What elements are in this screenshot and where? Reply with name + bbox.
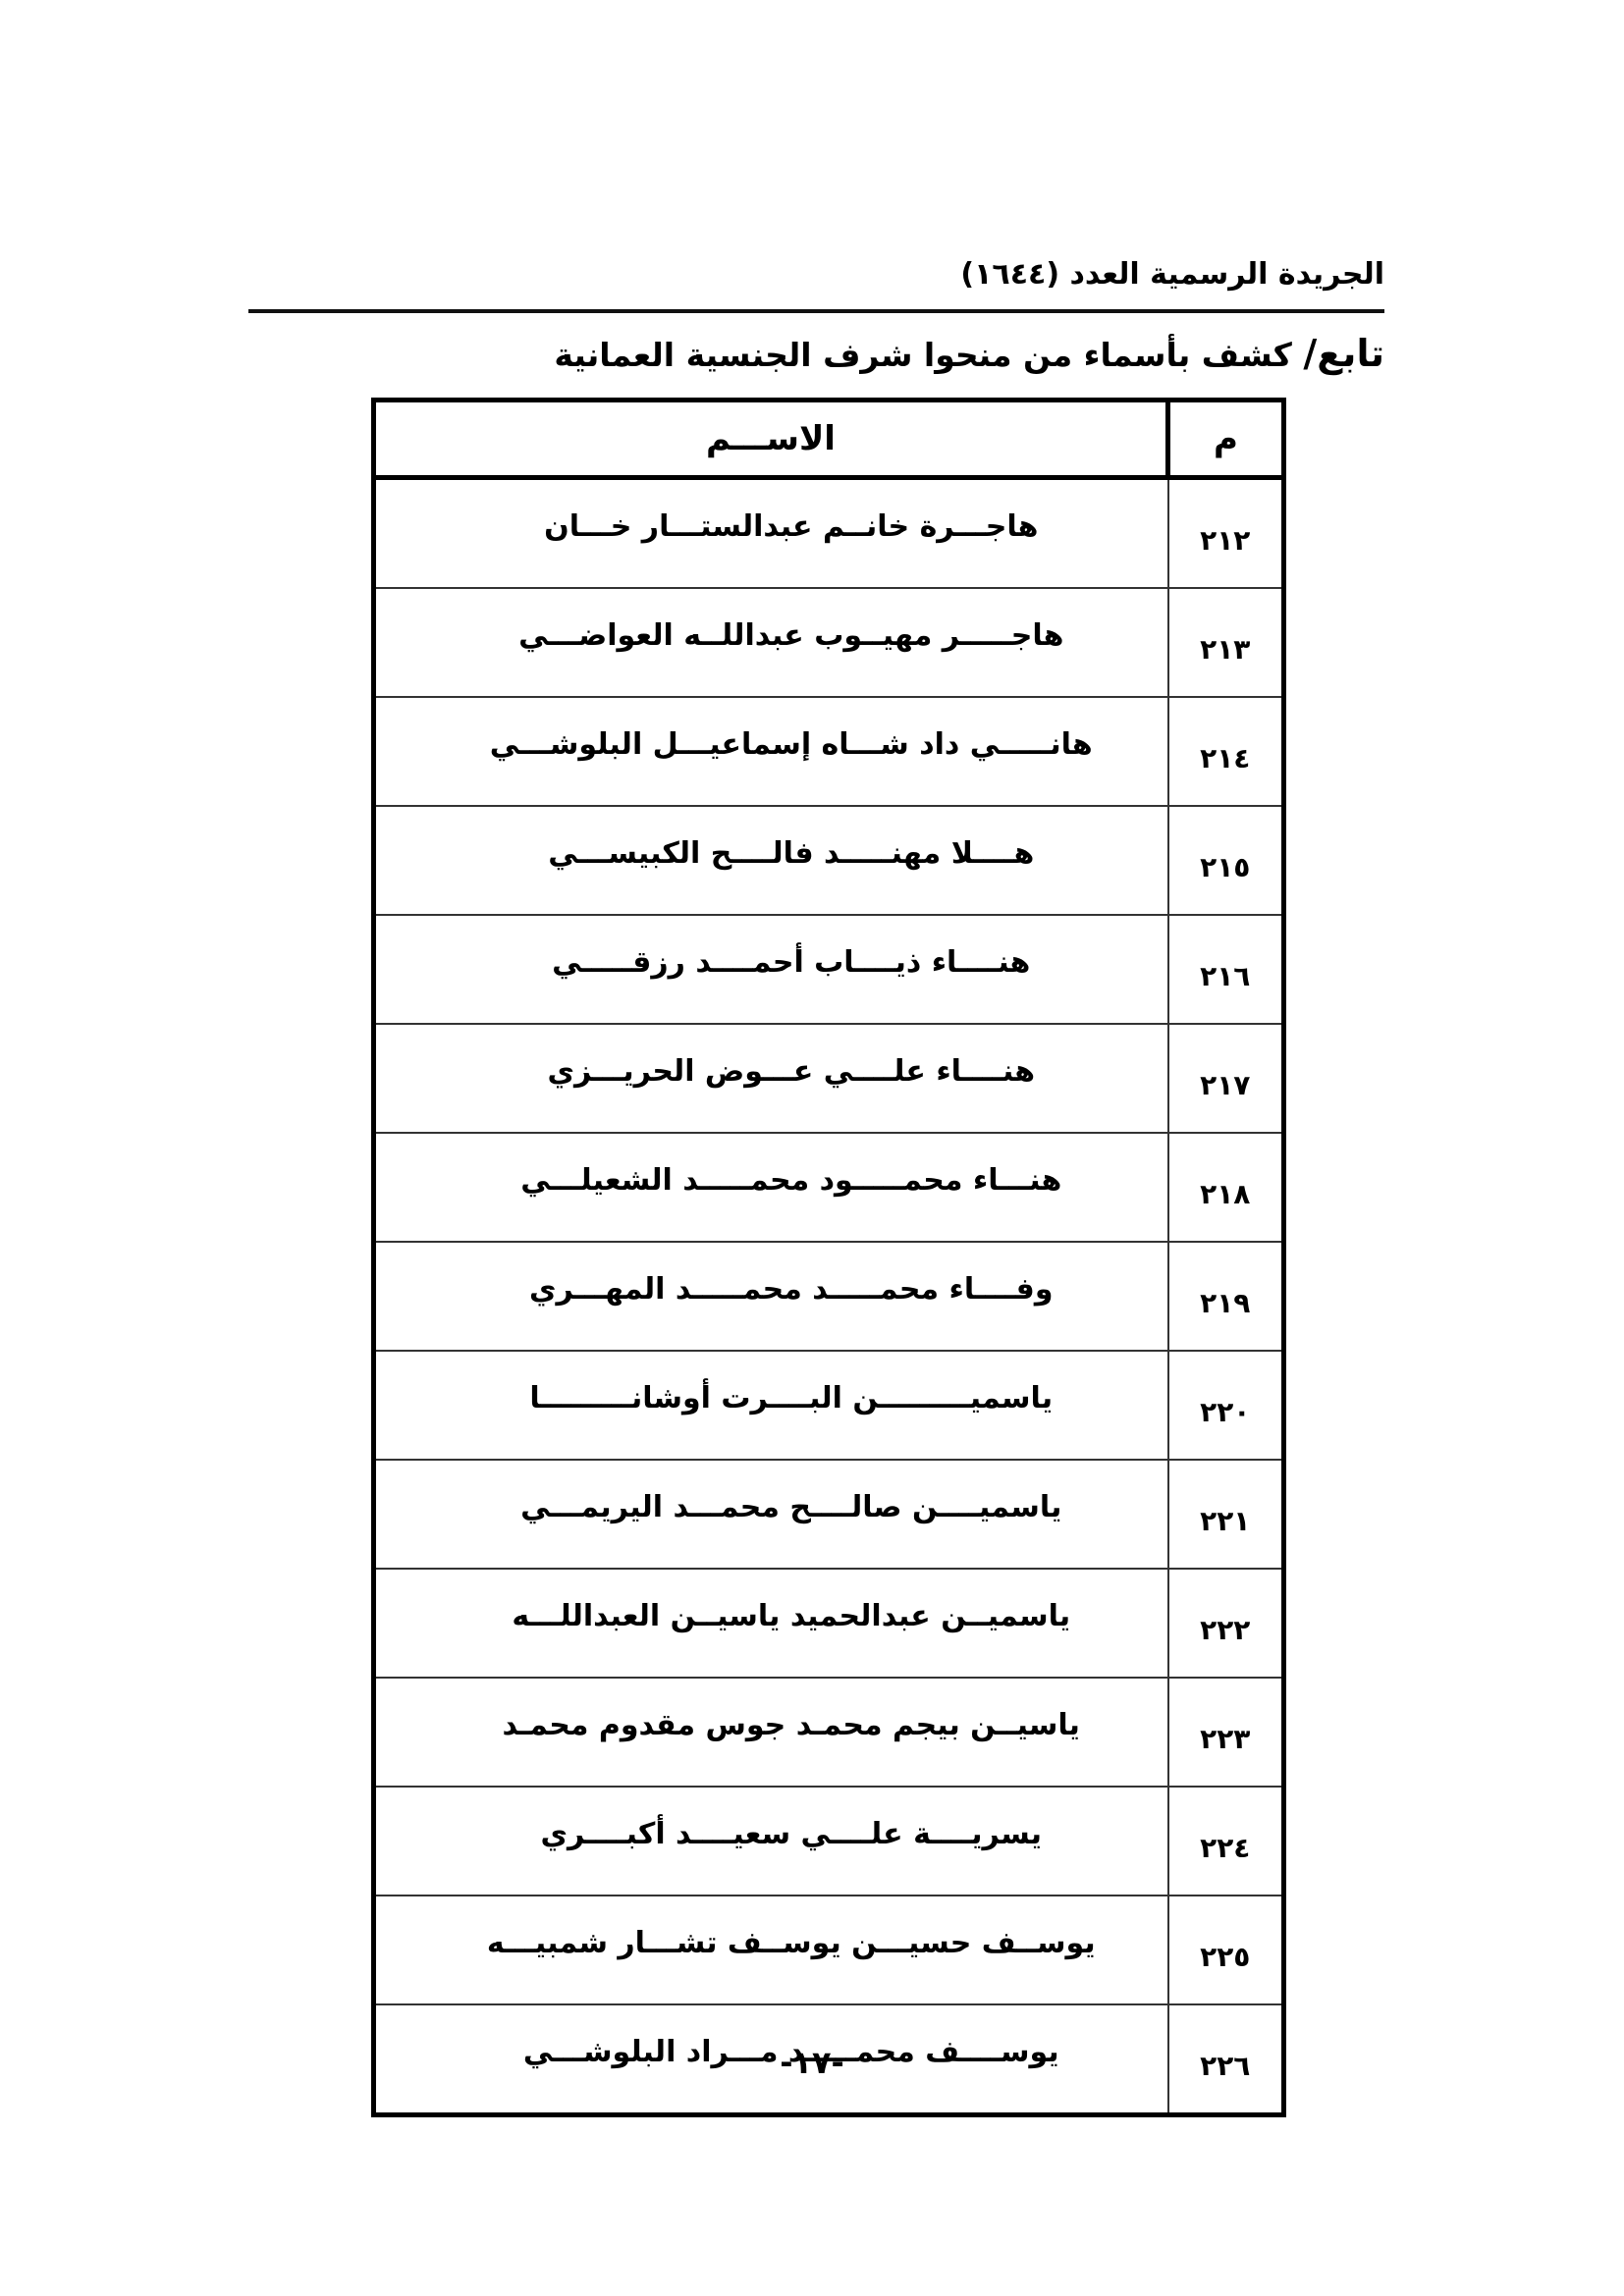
- table-row: ٢١٨هنـــاء محمـــــود محمـــــد الشعيلــ…: [374, 1133, 1284, 1242]
- table-row: ٢١٤هانـــــي داد شـــاه إسماعيـــل البلو…: [374, 697, 1284, 806]
- row-name: هنـــاء محمـــــود محمـــــد الشعيلـــي: [374, 1133, 1168, 1242]
- row-number: ٢١٨: [1168, 1133, 1284, 1242]
- table-row: ٢١٢هاجـــرة خانــم عبدالستـــار خـــان: [374, 478, 1284, 589]
- table-row: ٢١٥هــــلا مهنـــــد فالــــح الكبيســـي: [374, 806, 1284, 915]
- row-number: ٢١٧: [1168, 1024, 1284, 1133]
- row-name: هــــلا مهنـــــد فالــــح الكبيســـي: [374, 806, 1168, 915]
- row-number: ٢١٢: [1168, 478, 1284, 589]
- table-row: ٢٢٣ياسيــن بيجم محمـد جوس مقدوم محمـد: [374, 1678, 1284, 1787]
- row-number: ٢٢٥: [1168, 1896, 1284, 2004]
- row-name: ياسميـــــــــن البــــرت أوشانـــــــــ…: [374, 1351, 1168, 1460]
- row-name: ياسيــن بيجم محمـد جوس مقدوم محمـد: [374, 1678, 1168, 1787]
- row-name: وفــــاء محمـــــد محمـــــد المهـــري: [374, 1242, 1168, 1351]
- row-name: هاجـــرة خانــم عبدالستـــار خـــان: [374, 478, 1168, 589]
- table-row: ٢١٣هاجـــــر مهيــوب عبداللــه العواضـــ…: [374, 588, 1284, 697]
- table-row: ٢٢٥يوســف حسيـــن يوســف تشـــار شمبيـــ…: [374, 1896, 1284, 2004]
- document-title: تابع/ كشف بأسماء من منحوا شرف الجنسية ال…: [554, 332, 1384, 375]
- row-number: ٢١٤: [1168, 697, 1284, 806]
- row-name: هنــــاء ذيــــاب أحمــــد رزقـــــي: [374, 915, 1168, 1024]
- names-table: م الاســـم ٢١٢هاجـــرة خانــم عبدالستـــ…: [371, 398, 1286, 2117]
- table-row: ٢٢٤يسريــــة علــــي سعيــــد أكبــــري: [374, 1787, 1284, 1896]
- row-number: ٢١٩: [1168, 1242, 1284, 1351]
- row-name: هانـــــي داد شـــاه إسماعيـــل البلوشــ…: [374, 697, 1168, 806]
- row-name: هاجـــــر مهيــوب عبداللــه العواضـــي: [374, 588, 1168, 697]
- table-row: ٢٢٠ياسميـــــــــن البــــرت أوشانــــــ…: [374, 1351, 1284, 1460]
- column-header-number: م: [1168, 400, 1284, 478]
- row-number: ٢٢١: [1168, 1460, 1284, 1569]
- table-row: ٢١٧هنــــاء علــــي عـــوض الحريـــزي: [374, 1024, 1284, 1133]
- table-row: ٢١٦هنــــاء ذيــــاب أحمــــد رزقـــــي: [374, 915, 1284, 1024]
- table-row: ٢١٩وفــــاء محمـــــد محمـــــد المهـــر…: [374, 1242, 1284, 1351]
- row-number: ٢١٣: [1168, 588, 1284, 697]
- header-divider: [248, 309, 1384, 313]
- row-number: ٢١٥: [1168, 806, 1284, 915]
- row-number: ٢٢٢: [1168, 1569, 1284, 1678]
- row-name: ياسميــن عبدالحميد ياسيــن العبداللـــه: [374, 1569, 1168, 1678]
- row-number: ٢١٦: [1168, 915, 1284, 1024]
- page-number: -١٧-: [0, 2044, 1624, 2081]
- row-number: ٢٢٣: [1168, 1678, 1284, 1787]
- row-name: يوســف حسيـــن يوســف تشـــار شمبيـــه: [374, 1896, 1168, 2004]
- row-name: يسريــــة علــــي سعيــــد أكبــــري: [374, 1787, 1168, 1896]
- table-row: ٢٢١ياسميــــن صالــــح محمـــد اليريمـــ…: [374, 1460, 1284, 1569]
- table-header-row: م الاســـم: [374, 400, 1284, 478]
- running-header-title: الجريدة الرسمية العدد (١٦٤٤): [960, 257, 1384, 292]
- table-row: ٢٢٢ياسميــن عبدالحميد ياسيــن العبداللــ…: [374, 1569, 1284, 1678]
- row-number: ٢٢٠: [1168, 1351, 1284, 1460]
- row-name: ياسميــــن صالــــح محمـــد اليريمـــي: [374, 1460, 1168, 1569]
- row-number: ٢٢٤: [1168, 1787, 1284, 1896]
- column-header-name: الاســـم: [374, 400, 1168, 478]
- title-lead: تابع/: [1303, 332, 1384, 375]
- row-name: هنــــاء علــــي عـــوض الحريـــزي: [374, 1024, 1168, 1133]
- title-text: كشف بأسماء من منحوا شرف الجنسية العمانية: [554, 336, 1303, 374]
